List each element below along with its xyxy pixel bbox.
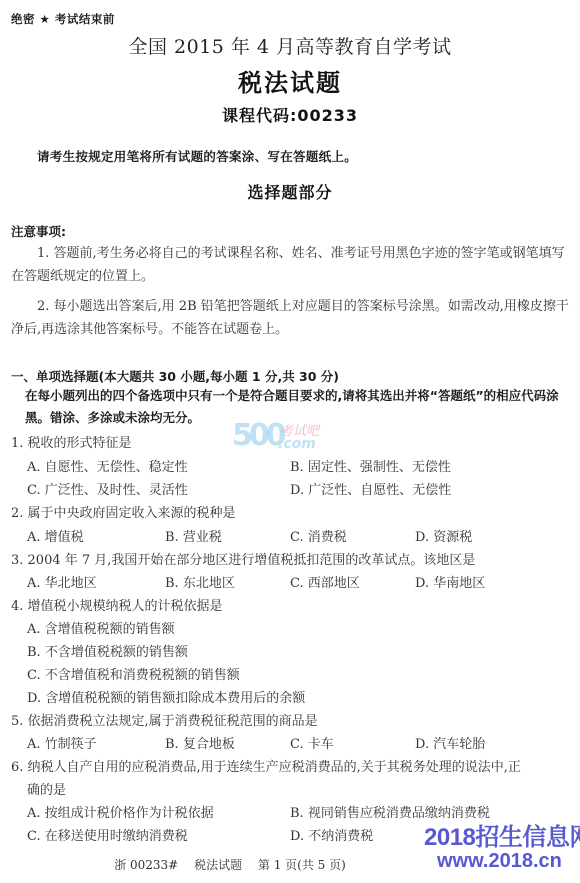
part-one-heading: 一、单项选择题(本大题共 30 小题,每小题 1 分,共 30 分) <box>11 367 339 385</box>
question-2-option-a: A. 增值税 <box>27 526 84 545</box>
question-2-stem: 2. 属于中央政府固定收入来源的税种是 <box>11 502 236 521</box>
question-4-option-d: D. 含增值税税额的销售额扣除成本费用后的余额 <box>27 687 305 706</box>
watermark-site-name: 2018招生信息网 <box>424 817 580 852</box>
question-4-option-b: B. 不含增值税税额的销售额 <box>27 641 188 660</box>
question-2-option-d: D. 资源税 <box>415 526 472 545</box>
question-3-option-d: D. 华南地区 <box>415 572 485 591</box>
question-6-option-a: A. 按组成计税价格作为计税依据 <box>27 802 214 821</box>
question-1-option-b: B. 固定性、强制性、无偿性 <box>290 456 451 475</box>
question-4-option-c: C. 不含增值税和消费税税额的销售额 <box>27 664 240 683</box>
exam-title: 全国 2015 年 4 月高等教育自学考试 <box>0 32 580 59</box>
question-4-stem: 4. 增值税小规模纳税人的计税依据是 <box>11 595 223 614</box>
question-1-stem: 1. 税收的形式特征是 <box>11 432 132 451</box>
question-1-option-a: A. 自愿性、无偿性、稳定性 <box>27 456 188 475</box>
question-5-stem: 5. 依据消费税立法规定,属于消费税征税范围的商品是 <box>11 710 318 729</box>
question-3-option-c: C. 西部地区 <box>290 572 360 591</box>
question-4-option-a: A. 含增值税税额的销售额 <box>27 618 175 637</box>
watermark-logo-num: 500 <box>232 418 283 453</box>
exam-instruction: 请考生按规定用笔将所有试题的答案涂、写在答题纸上。 <box>37 147 357 165</box>
question-3-option-b: B. 东北地区 <box>165 572 235 591</box>
notice-item-2: 2. 每小题选出答案后,用 2B 铅笔把答题纸上对应题目的答案标号涂黑。如需改动… <box>11 295 571 341</box>
footer-code: 浙 00233# <box>114 858 178 872</box>
question-5-option-b: B. 复合地板 <box>165 733 235 752</box>
question-3-stem: 3. 2004 年 7 月,我国开始在部分地区进行增值税抵扣范围的改革试点。该地… <box>11 549 475 568</box>
notice-item-1: 1. 答题前,考生务必将自己的考试课程名称、姓名、准考证号用黑色字迹的签字笔或钢… <box>11 242 571 288</box>
question-6-option-c: C. 在移送使用时缴纳消费税 <box>27 825 188 844</box>
footer-page-number: 第 1 页(共 5 页) <box>258 858 346 872</box>
subject-title: 税法试题 <box>0 63 580 98</box>
watermark-logo-com: .com <box>278 436 316 452</box>
question-2-option-b: B. 营业税 <box>165 526 222 545</box>
question-1-option-d: D. 广泛性、自愿性、无偿性 <box>290 479 451 498</box>
question-3-option-a: A. 华北地区 <box>27 572 97 591</box>
question-5-option-d: D. 汽车轮胎 <box>415 733 485 752</box>
question-6-option-d: D. 不纳消费税 <box>290 825 373 844</box>
section-title: 选择题部分 <box>0 180 580 203</box>
confidential-label: 绝密 ★ 考试结束前 <box>11 11 115 27</box>
course-code: 课程代码:00233 <box>0 103 580 126</box>
footer-subject: 税法试题 <box>194 858 242 872</box>
question-2-option-c: C. 消费税 <box>290 526 347 545</box>
question-6-stem-continued: 确的是 <box>27 779 66 798</box>
question-6-stem: 6. 纳税人自产自用的应税消费品,用于连续生产应税消费品的,关于其税务处理的说法… <box>11 756 521 775</box>
question-5-option-c: C. 卡车 <box>290 733 334 752</box>
notice-heading: 注意事项: <box>11 222 66 240</box>
watermark-site-url: www.2018.cn <box>437 850 562 873</box>
watermark-logo-500: 500 考试吧 .com <box>232 418 283 453</box>
question-1-option-c: C. 广泛性、及时性、灵活性 <box>27 479 188 498</box>
question-5-option-a: A. 竹制筷子 <box>27 733 97 752</box>
